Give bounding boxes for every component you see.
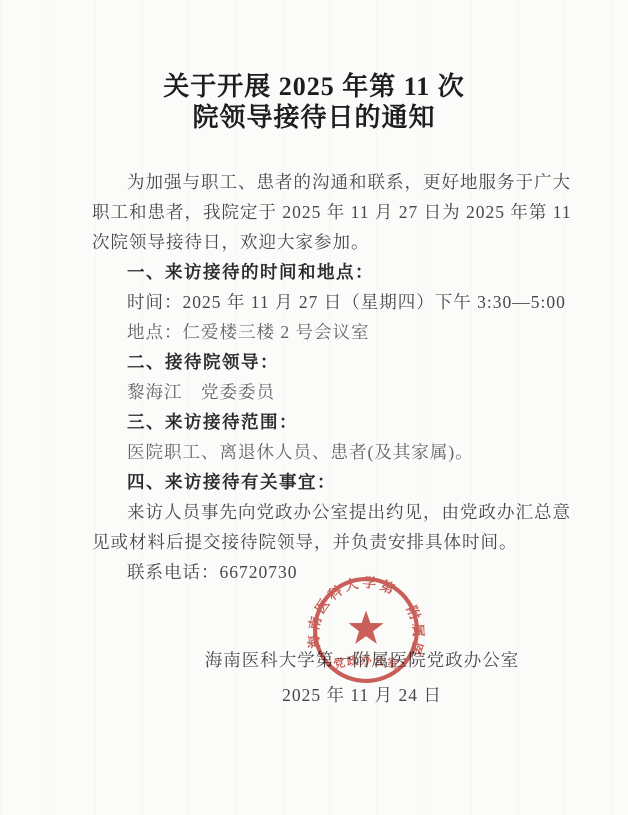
section-1-time: 时间：2025 年 11 月 27 日（星期四）下午 3:30—5:00: [92, 287, 564, 317]
contact-phone: 联系电话：66720730: [92, 557, 564, 587]
section-4-line-1: 来访人员事先向党政办公室提出约见，由党政办汇总意: [92, 497, 564, 527]
seal-star-icon: [348, 611, 383, 644]
signature-date: 2025 年 11 月 24 日: [96, 680, 628, 710]
section-4-heading: 四、来访接待有关事宜：: [92, 467, 564, 497]
notice-document: 关于开展 2025 年第 11 次 院领导接待日的通知 为加强与职工、患者的沟通…: [0, 0, 628, 815]
notice-body: 为加强与职工、患者的沟通和联系，更好地服务于广大 职工和患者，我院定于 2025…: [92, 167, 564, 587]
signature-organization: 海南医科大学第一附属医院党政办公室: [96, 645, 628, 675]
section-4-line-2: 见或材料后提交接待院领导，并负责安排具体时间。: [92, 527, 564, 557]
intro-line-2: 职工和患者，我院定于 2025 年 11 月 27 日为 2025 年第 11: [92, 197, 564, 227]
signature-block: 海南医科大学第一附属医院党政办公室 2025 年 11 月 24 日: [0, 645, 628, 710]
section-2-heading: 二、接待院领导：: [92, 347, 564, 377]
title-line-2: 院领导接待日的通知: [0, 102, 628, 133]
section-1-place: 地点：仁爱楼三楼 2 号会议室: [92, 317, 564, 347]
section-3-scope: 医院职工、离退休人员、患者(及其家属)。: [92, 437, 564, 467]
section-2-leader: 黎海江 党委委员: [92, 377, 564, 407]
intro-line-1: 为加强与职工、患者的沟通和联系，更好地服务于广大: [92, 167, 564, 197]
title-line-1: 关于开展 2025 年第 11 次: [0, 71, 628, 102]
section-3-heading: 三、来访接待范围：: [92, 407, 564, 437]
section-1-heading: 一、来访接待的时间和地点：: [92, 257, 564, 287]
notice-title: 关于开展 2025 年第 11 次 院领导接待日的通知: [0, 71, 628, 133]
intro-line-3: 次院领导接待日，欢迎大家参加。: [92, 227, 564, 257]
